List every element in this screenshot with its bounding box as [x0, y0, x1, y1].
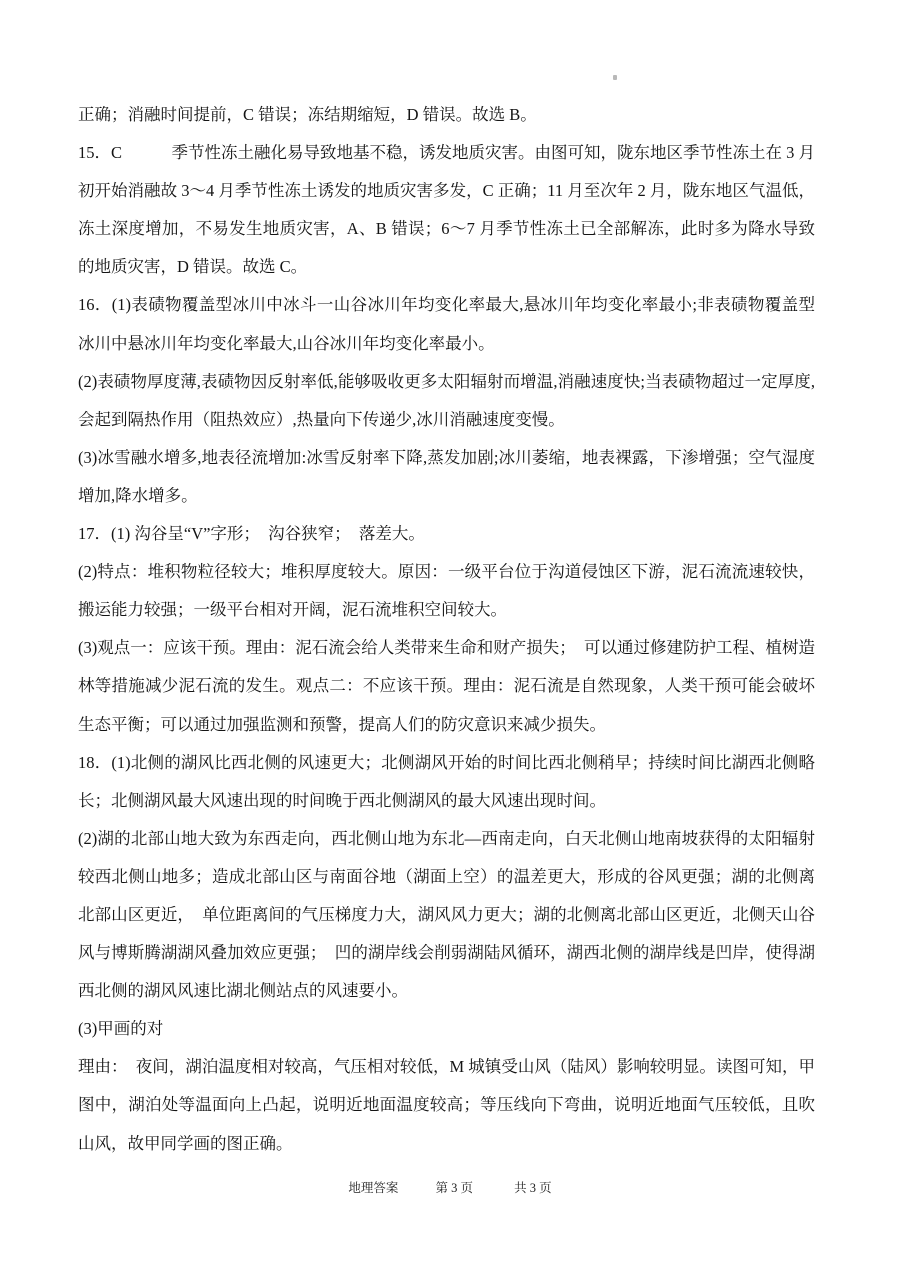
- paragraph-answer-17-3: (3)观点一：应该干预。理由：泥石流会给人类带来生命和财产损失； 可以通过修建防…: [78, 629, 815, 743]
- paragraph-answer-18-3: (3)甲画的对: [78, 1010, 815, 1048]
- paragraph-continuation-q14: 正确；消融时间提前，C 错误；冻结期缩短，D 错误。故选 B。: [78, 96, 815, 134]
- footer-doc-title: 地理答案: [348, 1178, 398, 1196]
- paragraph-answer-18-1: 18．(1)北侧的湖风比西北侧的风速更大；北侧湖风开始的时间比西北侧稍早；持续时…: [78, 744, 815, 820]
- paragraph-answer-18-2: (2)湖的北部山地大致为东西走向，西北侧山地为东北—西南走向，白天北侧山地南坡获…: [78, 820, 815, 1010]
- paragraph-answer-16-3: (3)冰雪融水增多,地表径流增加:冰雪反射率下降,蒸发加剧;冰川萎缩，地表裸露，…: [78, 439, 815, 515]
- page-footer: 地理答案 第 3 页 共 3 页: [0, 1178, 900, 1196]
- paragraph-answer-16-2: (2)表碛物厚度薄,表碛物因反射率低,能够吸收更多太阳辐射而增温,消融速度快;当…: [78, 363, 815, 439]
- answer-text-body: 正确；消融时间提前，C 错误；冻结期缩短，D 错误。故选 B。 15．C 季节性…: [78, 96, 815, 1163]
- stray-mark: [613, 75, 617, 80]
- footer-page-number: 第 3 页: [435, 1178, 473, 1196]
- paragraph-answer-16-1: 16．(1)表碛物覆盖型冰川中冰斗一山谷冰川年均变化率最大,悬冰川年均变化率最小…: [78, 286, 815, 362]
- paragraph-answer-15: 15．C 季节性冻土融化易导致地基不稳，诱发地质灾害。由图可知，陇东地区季节性冻…: [78, 134, 815, 286]
- footer-page-total: 共 3 页: [514, 1178, 552, 1196]
- answer-sheet-page: 正确；消融时间提前，C 错误；冻结期缩短，D 错误。故选 B。 15．C 季节性…: [0, 0, 900, 1274]
- paragraph-answer-18-3-reason: 理由： 夜间，湖泊温度相对较高，气压相对较低，M 城镇受山风（陆风）影响较明显。…: [78, 1048, 815, 1162]
- paragraph-answer-17-2: (2)特点：堆积物粒径较大；堆积厚度较大。原因：一级平台位于沟道侵蚀区下游，泥石…: [78, 553, 815, 629]
- paragraph-answer-17-1: 17．(1) 沟谷呈“V”字形； 沟谷狭窄； 落差大。: [78, 515, 815, 553]
